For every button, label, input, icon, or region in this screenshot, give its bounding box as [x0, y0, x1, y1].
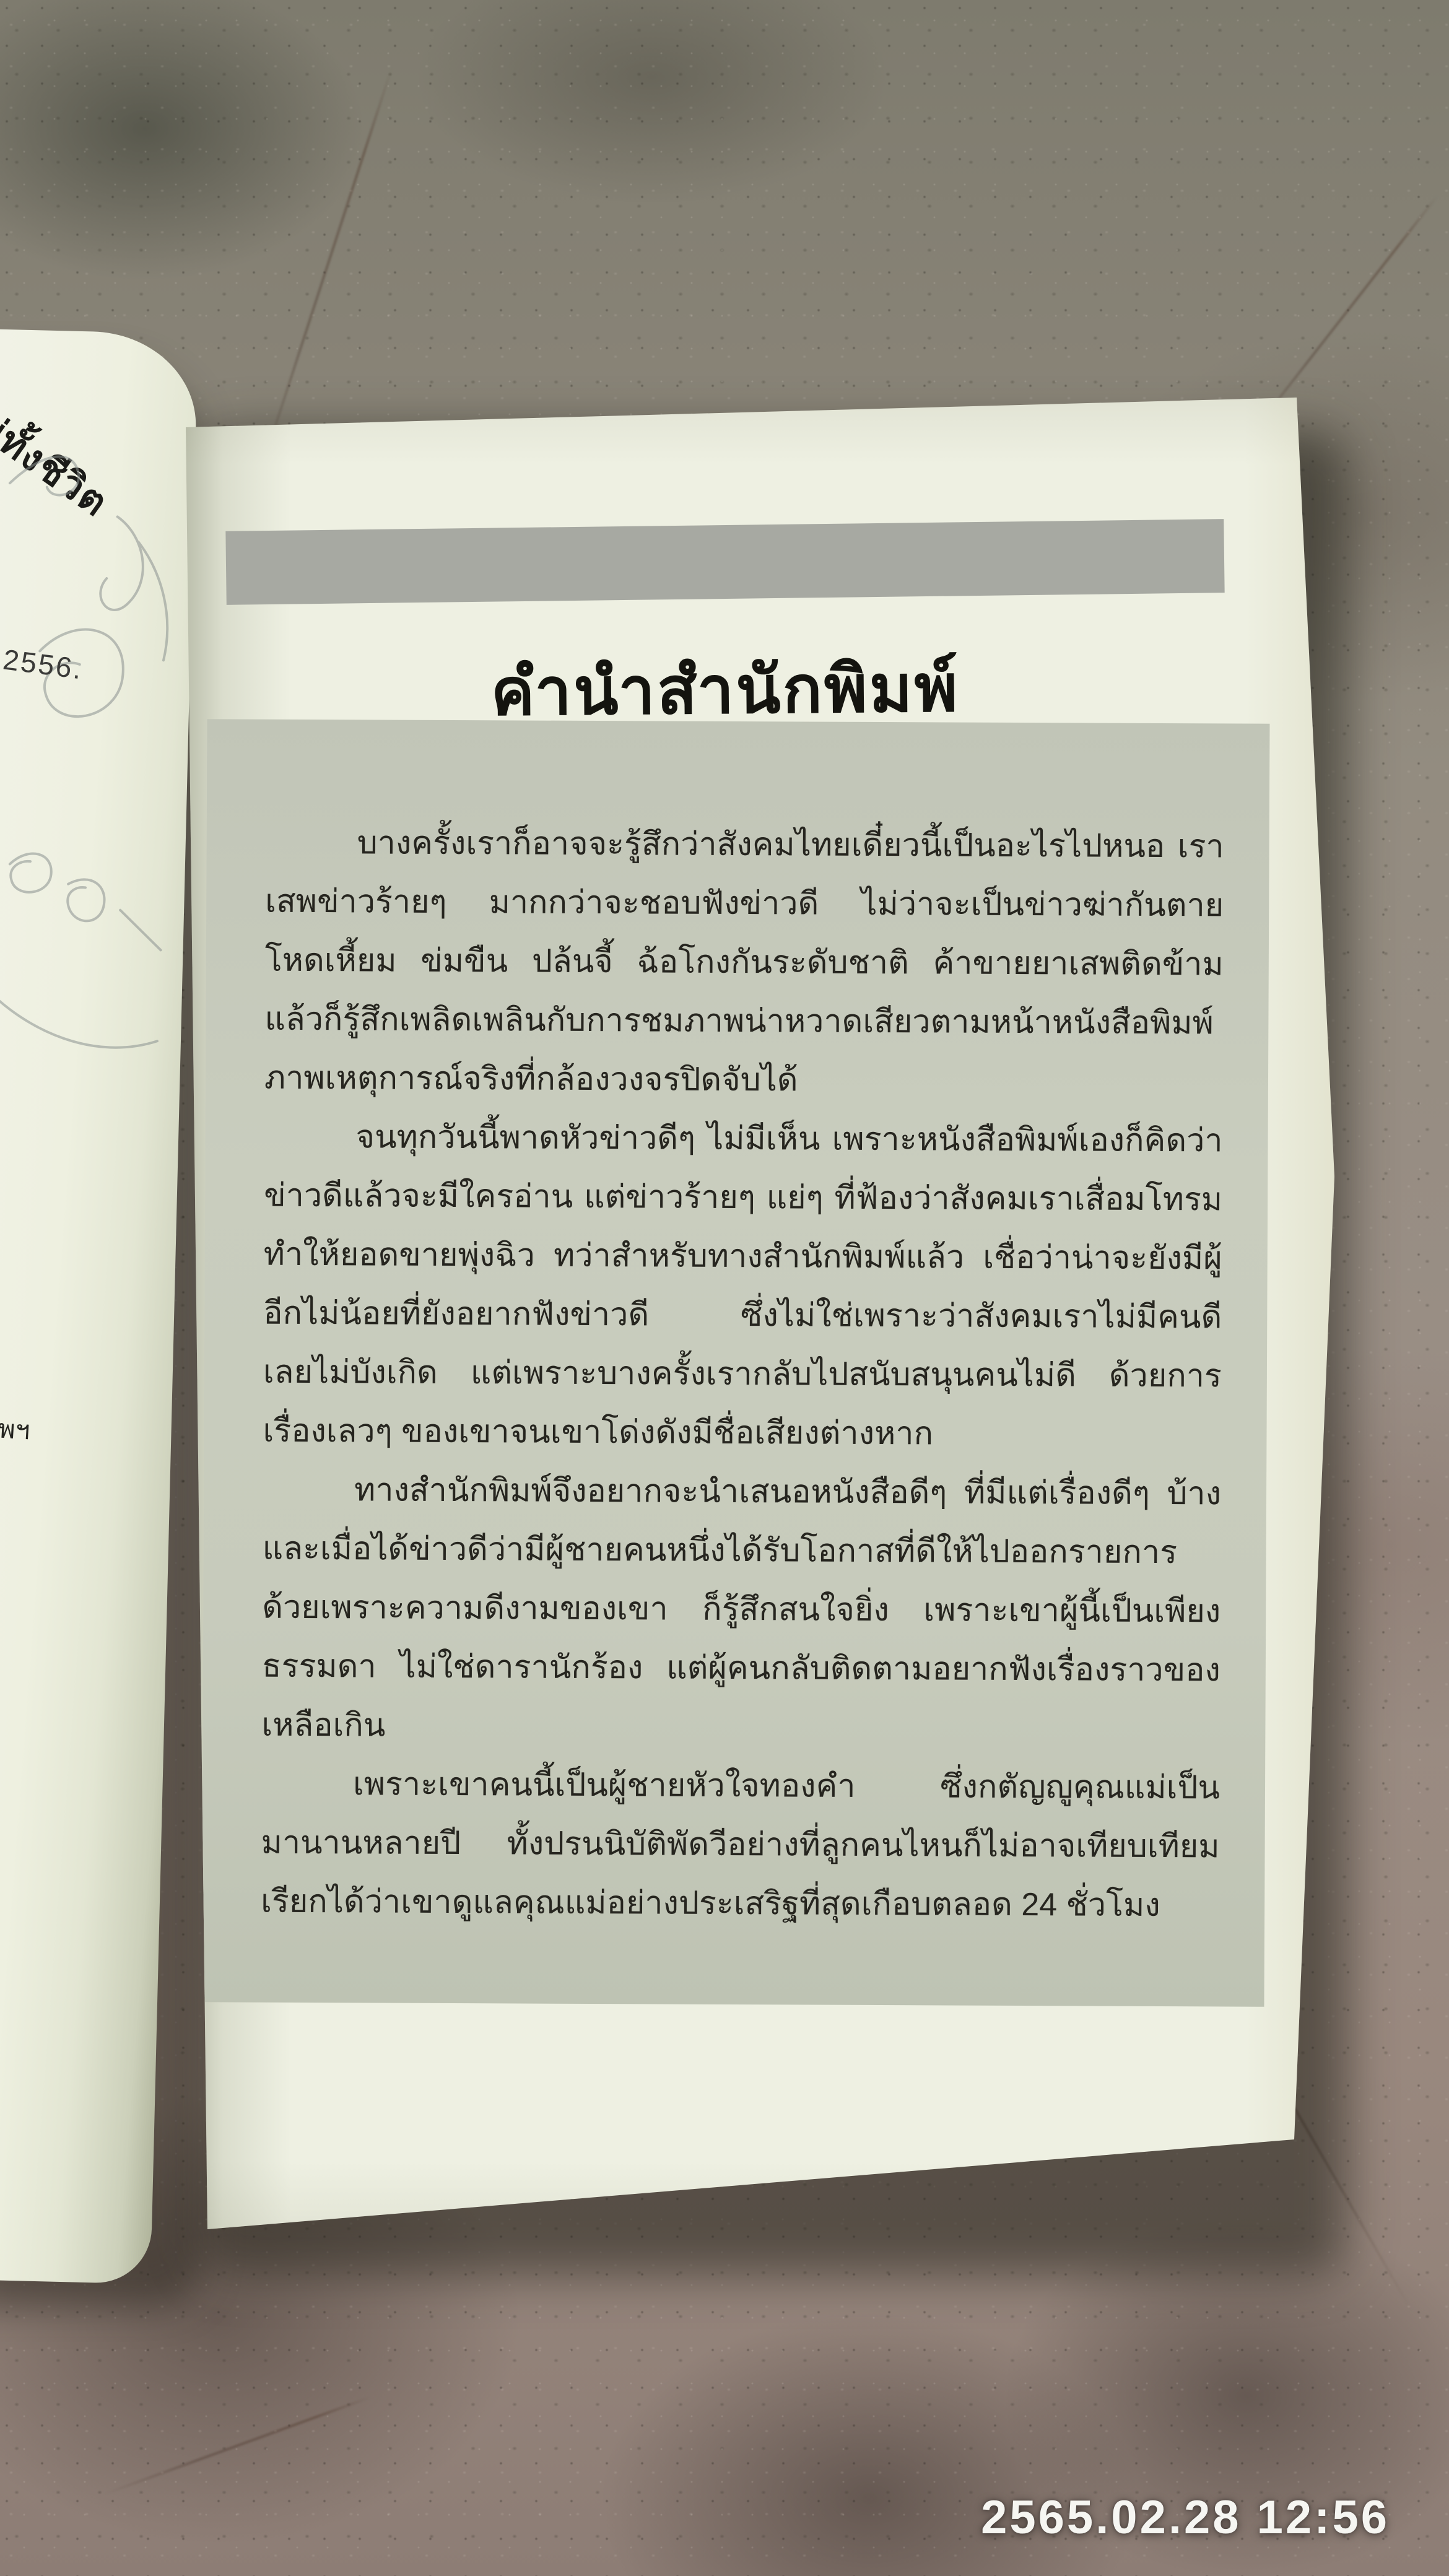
body-text: บางครั้งเราก็อาจจะรู้สึกว่าสังคมไทยเดี๋ย… — [261, 814, 1224, 1936]
text-line: ทำให้ยอดขายพุ่งฉิว ทว่าสำหรับทางสำนักพิม… — [264, 1225, 1222, 1289]
text-line: เหลือเกิน — [261, 1696, 1220, 1759]
book-page: คำนำสำนักพิมพ์ บางครั้งเราก็อาจจะรู้สึกว… — [173, 384, 1350, 2254]
pencil-scribbles — [0, 427, 197, 1144]
text-line: โหดเหี้ยม ข่มขืน ปล้นจี้ ฉ้อโกงกันระดับช… — [265, 931, 1224, 994]
text-line: ข่าวดีแล้วจะมีใครอ่าน แต่ข่าวร้ายๆ แย่ๆ … — [264, 1167, 1222, 1230]
text-line: เลยไม่บังเกิด แต่เพราะบางครั้งเรากลับไปส… — [263, 1343, 1222, 1406]
text-line: ทางสำนักพิมพ์จึงอยากจะนำเสนอหนังสือดีๆ ท… — [263, 1461, 1221, 1524]
text-line: บางครั้งเราก็อาจจะรู้สึกว่าสังคมไทยเดี๋ย… — [265, 814, 1224, 877]
granite-vein — [102, 2396, 371, 2495]
text-line-segment: และเมื่อได้ข่าวดีว่ามีผู้ชายคนหนึ่งได้รั… — [263, 1531, 1178, 1570]
text-line: มานานหลายปี ทั้งปรนนิบัติพัดวีอย่างที่ลู… — [261, 1814, 1219, 1877]
text-line: จนทุกวันนี้พาดหัวข่าวดีๆ ไม่มีเห็น เพราะ… — [264, 1108, 1222, 1171]
text-line: ด้วยเพราะความดีงามของเขา ก็รู้สึกสนใจยิ่… — [262, 1578, 1221, 1642]
text-line: เพราะเขาคนนี้เป็นผู้ชายหัวใจทองคำ ซึ่งกต… — [261, 1755, 1220, 1818]
body-panel: บางครั้งเราก็อาจจะรู้สึกว่าสังคมไทยเดี๋ย… — [201, 719, 1269, 2006]
text-line: ธรรมดา ไม่ใช่ดารานักร้อง แต่ผู้คนกลับติด… — [262, 1637, 1221, 1700]
text-line: เรื่องเลวๆ ของเขาจนเขาโด่งดังมีชื่อเสียง… — [263, 1402, 1221, 1465]
text-line: เรียกได้ว่าเขาดูแลคุณแม่อย่างประเสริฐที่… — [261, 1873, 1219, 1936]
text-line: ภาพเหตุการณ์จริงที่กล้องวงจรปิดจับได้ — [264, 1049, 1223, 1112]
left-page-partial-text: งเทพฯ — [0, 1406, 31, 1451]
header-band — [225, 519, 1224, 605]
text-line: อีกไม่น้อยที่ยังอยากฟังข่าวดี ซึ่งไม่ใช่… — [263, 1284, 1222, 1347]
text-line: แล้วก็รู้สึกเพลิดเพลินกับการชมภาพน่าหวาด… — [264, 990, 1223, 1053]
text-line: เสพข่าวร้ายๆ มากกว่าจะชอบฟังข่าวดี ไม่ว่… — [265, 872, 1224, 936]
book-photo: ม่ทั้งชีวิต 2556. งเทพฯ คำนำสำนักพิมพ์ บ… — [0, 0, 1449, 2576]
text-line: และเมื่อได้ข่าวดีว่ามีผู้ชายคนหนึ่งได้รั… — [262, 1520, 1221, 1583]
camera-timestamp: 2565.02.28 12:56 — [981, 2491, 1390, 2544]
